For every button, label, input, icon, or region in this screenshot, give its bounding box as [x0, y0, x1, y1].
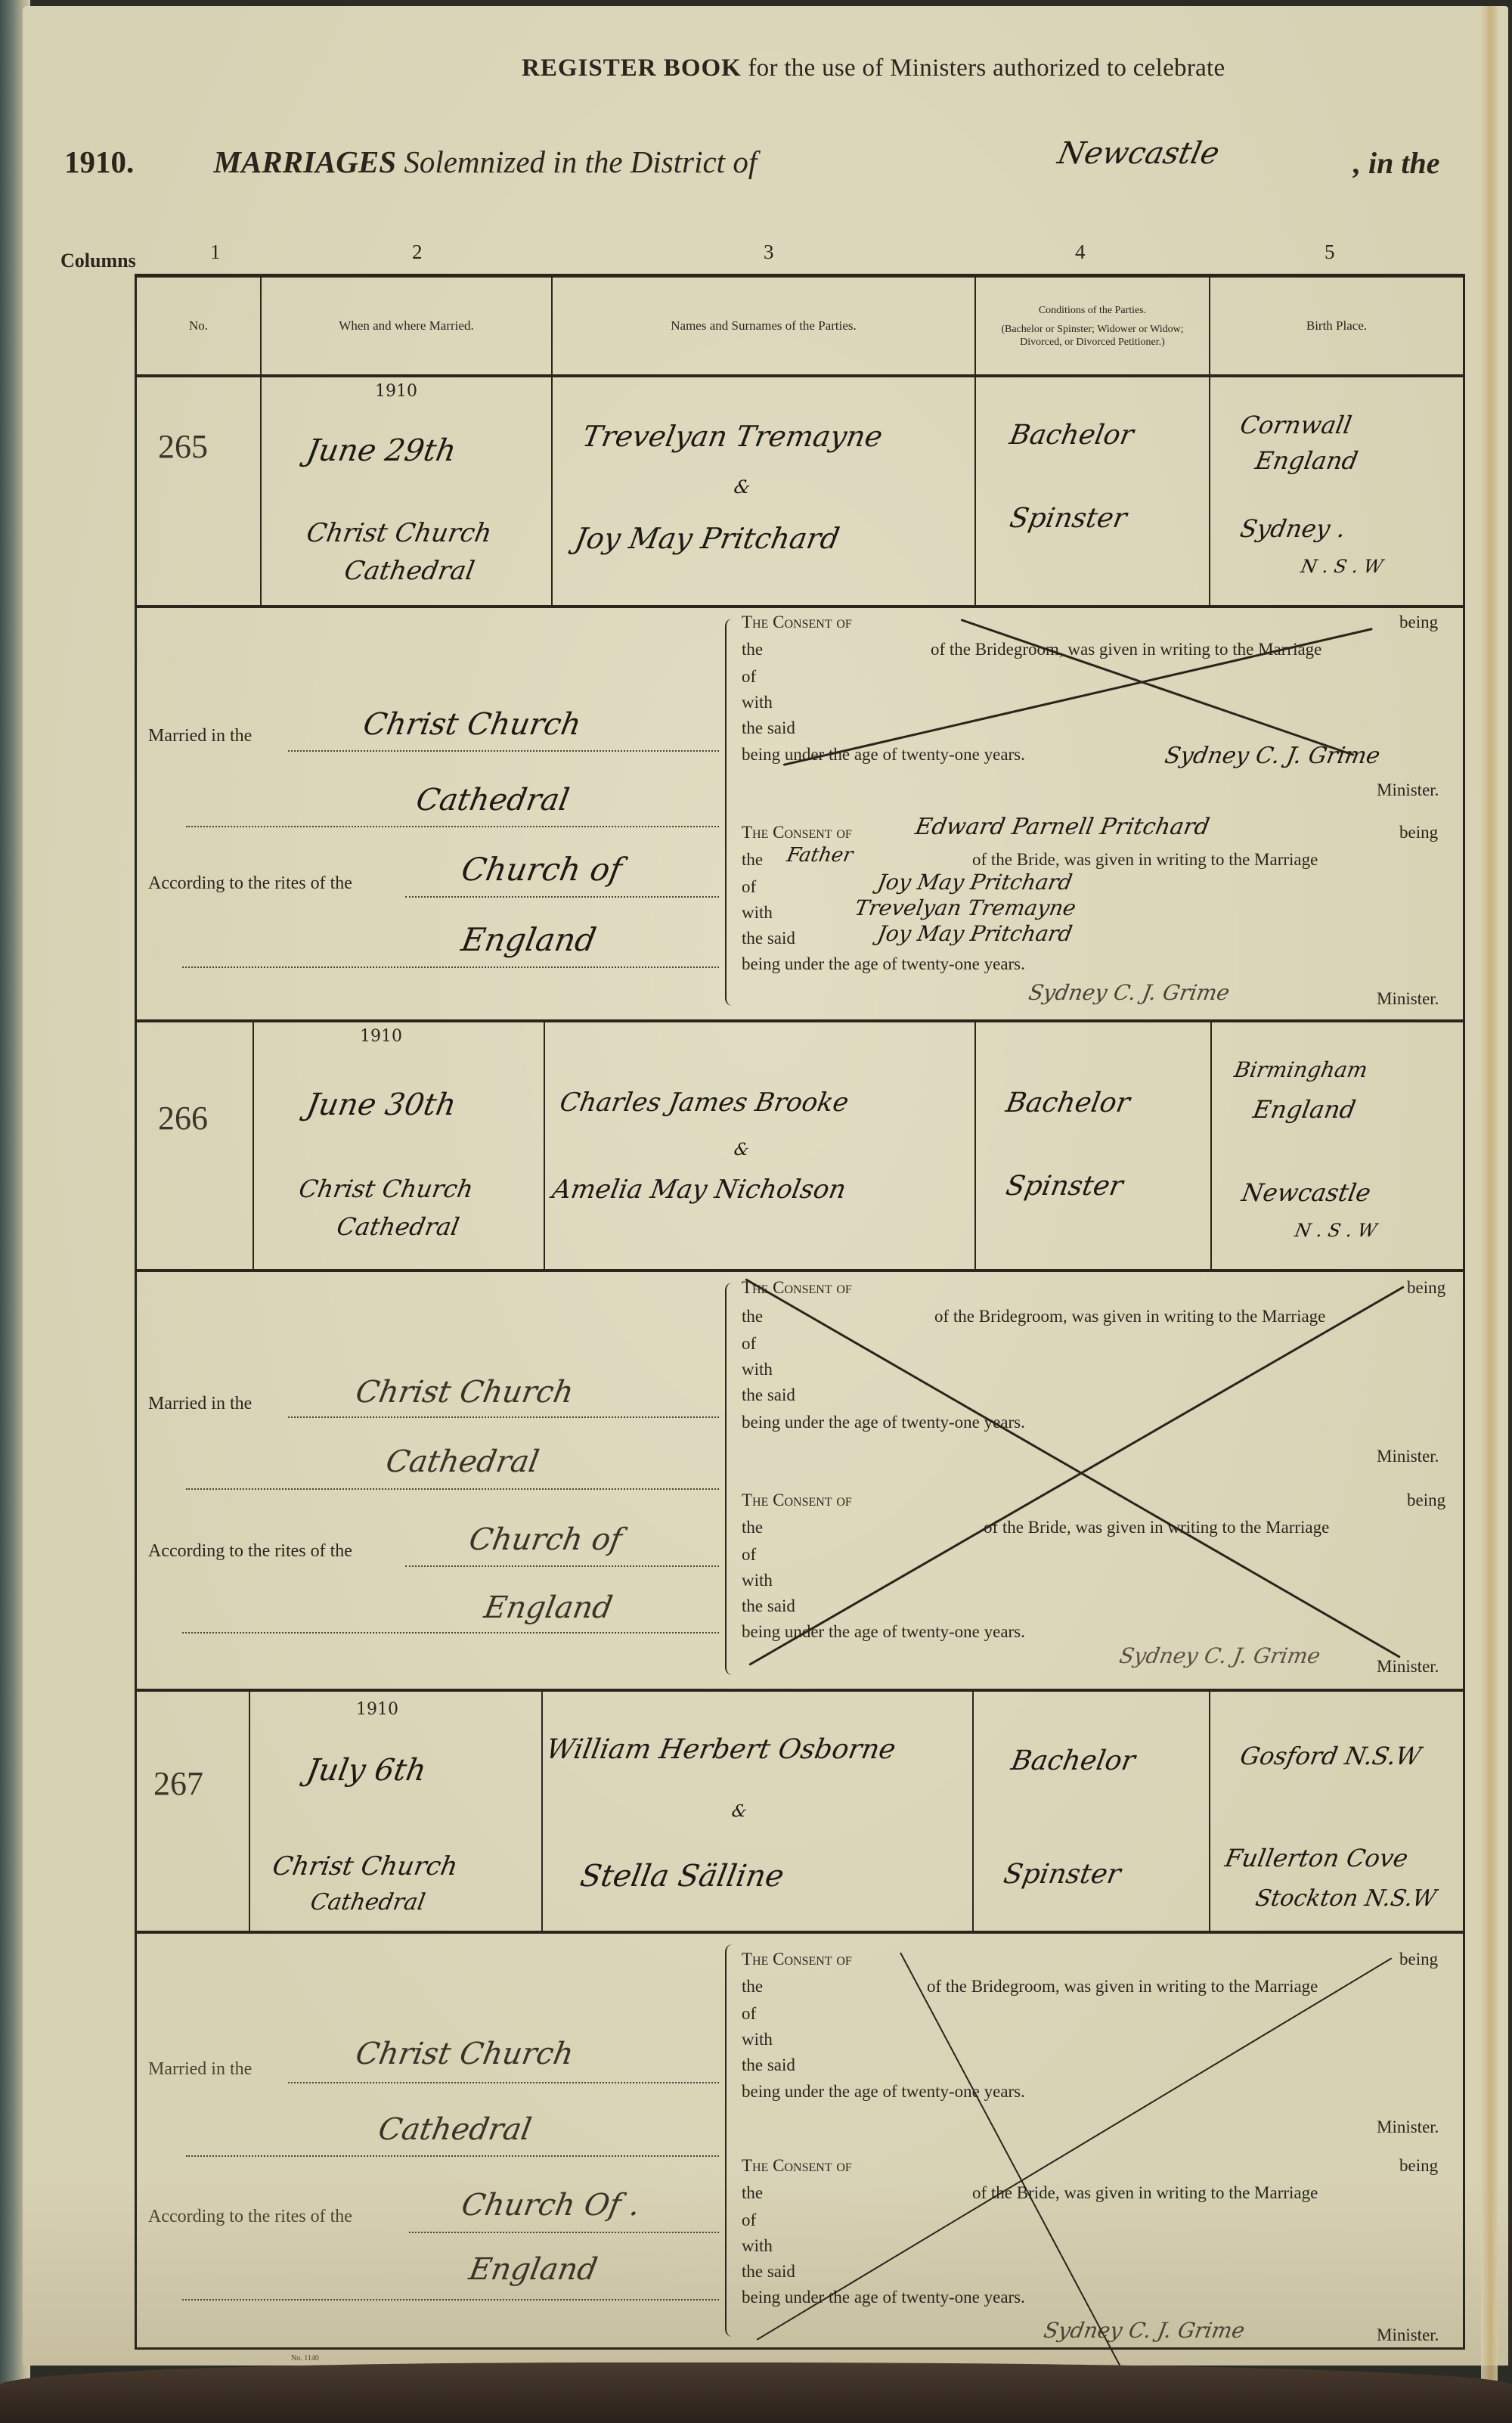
consent-of-label: The Consent of [742, 2156, 852, 2175]
being-label: being [1407, 1491, 1445, 1510]
cell-no: 265 [137, 374, 262, 605]
entry-year: 1910 [375, 382, 417, 401]
rites-value-2: England [459, 921, 600, 958]
rites-value-2: England [482, 1590, 615, 1625]
the-said-label: the said [742, 718, 795, 738]
header-when-where: When and where Married. [262, 278, 553, 374]
cell-no: 267 [137, 1689, 250, 1931]
column-number-4: 4 [1075, 240, 1086, 264]
married-in-section: Married in the Christ Church Cathedral A… [137, 1931, 727, 2350]
the-label: the [742, 850, 763, 870]
of-bridegroom-label: of the Bridegroom, was given in writing … [927, 1977, 1318, 1996]
bride-name: Amelia May Nicholson [550, 1174, 848, 1205]
groom-birthplace: Birmingham [1232, 1057, 1369, 1082]
minister-signature: Sydney C. J. Grime [1027, 980, 1232, 1005]
groom-name: William Herbert Osborne [544, 1734, 897, 1765]
bride-birthplace: Sydney . [1238, 514, 1348, 543]
header-names: Names and Surnames of the Parties. [553, 278, 976, 374]
column-number-3: 3 [764, 240, 774, 264]
groom-consent-section: The Consent of being the of the Bridegro… [742, 1942, 1452, 2146]
marriage-place-2: Cathedral [335, 1212, 462, 1241]
printer-mark: No. 1140 [291, 2354, 319, 2363]
the-label: the [742, 1518, 763, 1537]
married-in-value: Christ Church [361, 707, 584, 742]
cell-birth-place: Cornwall England Sydney . N . S . W [1210, 374, 1463, 605]
of-label: of [742, 1545, 756, 1565]
of-label: of [742, 2210, 756, 2230]
table-header-row: No. When and where Married. Names and Su… [137, 278, 1463, 377]
with-label: with [742, 1571, 773, 1590]
entry-266-row: 266 1910 June 30th Christ Church Cathedr… [137, 1019, 1463, 1272]
consent-relation: Father [785, 844, 854, 867]
minister-label: Minister. [1377, 989, 1439, 1009]
minister-signature: Sydney C. J. Grime [1163, 743, 1382, 769]
ampersand: & [730, 1802, 748, 1821]
cell-birth-place: Gosford N.S.W Fullerton Cove Stockton N.… [1210, 1689, 1463, 1931]
marriages-heading: 1910. MARRIAGES Solemnized in the Distri… [64, 144, 757, 180]
minister-signature: Sydney C. J. Grime [1042, 2318, 1247, 2343]
with-label: with [742, 1360, 773, 1379]
entry-267-details: Married in the Christ Church Cathedral A… [137, 1931, 1463, 2350]
bride-birthplace: Newcastle [1240, 1178, 1373, 1207]
register-year: 1910. [64, 144, 134, 179]
bride-birthplace-2: Stockton N.S.W [1253, 1885, 1439, 1912]
groom-name: Charles James Brooke [557, 1087, 850, 1118]
minister-label: Minister. [1377, 1657, 1439, 1677]
married-in-value: Christ Church [353, 2037, 576, 2071]
the-said-label: the said [742, 2055, 795, 2075]
entry-number: 266 [158, 1099, 208, 1137]
minister-label: Minister. [1377, 780, 1439, 800]
book-bottom-shadow [0, 2363, 1512, 2423]
groom-condition: Bachelor [1003, 1087, 1132, 1118]
marriage-date: July 6th [304, 1753, 429, 1788]
entry-267-row: 267 1910 July 6th Christ Church Cathedra… [137, 1689, 1463, 1934]
bride-consent-section: The Consent of Edward Parnell Pritchard … [742, 817, 1452, 1019]
married-in-label: Married in the [148, 2059, 252, 2080]
groom-birthplace-2: England [1253, 446, 1361, 475]
marriage-date: June 30th [304, 1087, 459, 1122]
rites-label: According to the rites of the [148, 873, 352, 894]
married-in-label: Married in the [148, 1394, 252, 1414]
consent-brace [725, 1283, 737, 1675]
the-label: the [742, 1307, 763, 1326]
married-in-section: Married in the Christ Church Cathedral A… [137, 1269, 727, 1689]
with-label: with [742, 2030, 773, 2049]
of-label: of [742, 1334, 756, 1354]
column-number-1: 1 [210, 240, 221, 264]
bride-name: Joy May Pritchard [572, 522, 842, 555]
entry-265-details: Married in the Christ Church Cathedral A… [137, 605, 1463, 1022]
ampersand: & [733, 476, 752, 498]
with-label: with [742, 2236, 773, 2256]
bride-consent-section: The Consent of being the of the Bride, w… [742, 1485, 1452, 1689]
minister-label: Minister. [1377, 1447, 1439, 1466]
marriages-caps: MARRIAGES [214, 144, 397, 179]
cell-when-where: 1910 June 30th Christ Church Cathedral [254, 1019, 545, 1269]
columns-label: Columns [60, 250, 136, 272]
of-bride-label: of the Bride, was given in writing to th… [972, 850, 1318, 870]
married-in-section: Married in the Christ Church Cathedral A… [137, 605, 727, 1019]
bride-birthplace-2: N . S . W [1294, 1220, 1379, 1241]
the-label: the [742, 640, 763, 659]
consent-brace [725, 619, 737, 1006]
the-label: the [742, 1977, 763, 1996]
column-number-5: 5 [1325, 240, 1335, 264]
of-bridegroom-label: of the Bridegroom, was given in writing … [934, 1307, 1325, 1326]
consent-of-label: The Consent of [742, 613, 852, 631]
minister-label: Minister. [1377, 2325, 1439, 2345]
of-label: of [742, 2004, 756, 2024]
under-age-label: being under the age of twenty-one years. [742, 954, 1025, 974]
entry-266-details: Married in the Christ Church Cathedral A… [137, 1269, 1463, 1692]
marriage-place-2: Cathedral [342, 556, 476, 586]
groom-birthplace-2: England [1251, 1095, 1359, 1124]
of-bridegroom-label: of the Bridegroom, was given in writing … [931, 640, 1321, 659]
groom-name: Trevelyan Tremayne [580, 420, 885, 453]
header-no: No. [137, 278, 262, 374]
married-in-value-2: Cathedral [376, 2112, 534, 2147]
rites-value: Church of [466, 1522, 624, 1557]
rites-value-2: England [466, 2252, 600, 2287]
the-said-label: the said [742, 1596, 795, 1616]
of-label: of [742, 877, 756, 897]
married-in-value-2: Cathedral [414, 783, 572, 817]
rites-label: According to the rites of the [148, 1541, 352, 1562]
married-in-label: Married in the [148, 726, 252, 746]
cell-names: Trevelyan Tremayne & Joy May Pritchard [553, 374, 976, 605]
groom-condition: Bachelor [1009, 1745, 1137, 1776]
groom-condition: Bachelor [1007, 420, 1136, 451]
book-title-rest: for the use of Ministers authorized to c… [748, 54, 1225, 82]
groom-birthplace: Cornwall [1238, 411, 1354, 439]
groom-birthplace: Gosford N.S.W [1238, 1742, 1424, 1770]
rites-label: According to the rites of the [148, 2207, 352, 2227]
bride-birthplace-2: N . S . W [1300, 556, 1385, 577]
entry-number: 265 [158, 427, 208, 466]
cell-names: William Herbert Osborne & Stella Sälline [543, 1689, 974, 1931]
groom-consent-section: The Consent of being the of the Bridegro… [742, 605, 1452, 809]
header-conditions: Conditions of the Parties. (Bachelor or … [976, 278, 1210, 374]
cell-conditions: Bachelor Spinster [976, 374, 1210, 605]
book-title-caps: REGISTER BOOK [522, 54, 742, 82]
under-age-label: being under the age of twenty-one years. [742, 745, 1025, 765]
minister-label: Minister. [1377, 2117, 1439, 2137]
bride-condition: Spinster [1007, 503, 1129, 534]
under-age-label: being under the age of twenty-one years. [742, 2288, 1025, 2307]
under-age-label: being under the age of twenty-one years. [742, 2082, 1025, 2102]
book-title: REGISTER BOOK for the use of Ministers a… [522, 54, 1225, 82]
marriage-place-2: Cathedral [308, 1889, 427, 1916]
marriage-date: June 29th [304, 433, 459, 468]
the-said-label: the said [742, 2262, 795, 2282]
consent-marriage-of: Joy May Pritchard [875, 870, 1074, 895]
marriage-place: Christ Church [270, 1851, 460, 1882]
bride-name: Stella Sälline [578, 1859, 786, 1894]
being-label: being [1407, 1278, 1445, 1298]
groom-consent-section: The Consent of being the of the Bridegro… [742, 1269, 1452, 1473]
ampersand: & [733, 1140, 751, 1159]
cell-when-where: 1910 July 6th Christ Church Cathedral [250, 1689, 543, 1931]
being-label: being [1399, 2156, 1438, 2176]
the-said-label: the said [742, 929, 795, 948]
cell-conditions: Bachelor Spinster [974, 1689, 1210, 1931]
entry-265-row: 265 1910 June 29th Christ Church Cathedr… [137, 374, 1463, 608]
column-number-2: 2 [412, 240, 423, 264]
marriages-rest: Solemnized in the District of [404, 144, 757, 179]
cell-birth-place: Birmingham England Newcastle N . S . W [1212, 1019, 1463, 1269]
register-table: No. When and where Married. Names and Su… [135, 274, 1465, 2350]
the-said-label: the said [742, 1385, 795, 1405]
bride-birthplace: Fullerton Cove [1223, 1844, 1411, 1872]
minister-signature: Sydney C. J. Grime [1117, 1643, 1322, 1668]
being-label: being [1399, 1950, 1438, 1969]
consent-brace [725, 1944, 737, 2337]
consent-of-label: The Consent of [742, 1491, 852, 1509]
bride-condition: Spinster [1003, 1171, 1125, 1202]
cell-no: 266 [137, 1019, 254, 1269]
marriage-place: Christ Church [297, 1174, 476, 1203]
of-bride-label: of the Bride, was given in writing to th… [984, 1518, 1329, 1537]
rites-value: Church Of . [459, 2188, 643, 2223]
district-handwritten: Newcastle [1055, 136, 1222, 171]
with-label: with [742, 693, 773, 712]
with-label: with [742, 903, 773, 923]
entry-number: 267 [153, 1764, 203, 1803]
rites-value: Church of [459, 851, 625, 888]
header-birth-place: Birth Place. [1210, 278, 1463, 374]
consent-giver: Edward Parnell Pritchard [913, 814, 1212, 840]
being-label: being [1399, 613, 1438, 632]
of-label: of [742, 667, 756, 687]
married-in-value-2: Cathedral [383, 1444, 541, 1479]
consent-of-label: The Consent of [742, 1950, 852, 1968]
cell-when-where: 1910 June 29th Christ Church Cathedral [262, 374, 553, 605]
cell-names: Charles James Brooke & Amelia May Nichol… [545, 1019, 976, 1269]
consent-the-said: Joy May Pritchard [875, 921, 1074, 946]
married-in-value: Christ Church [353, 1375, 576, 1410]
under-age-label: being under the age of twenty-one years. [742, 1622, 1025, 1642]
conditions-title: Conditions of the Parties. [1039, 304, 1146, 317]
cell-conditions: Bachelor Spinster [976, 1019, 1212, 1269]
entry-year: 1910 [360, 1027, 402, 1046]
consent-of-label: The Consent of [742, 823, 852, 842]
consent-with: Trevelyan Tremayne [853, 895, 1078, 920]
in-the-text: , in the [1353, 145, 1439, 181]
the-label: the [742, 2183, 763, 2203]
binding-spine [1481, 6, 1498, 2381]
being-label: being [1399, 823, 1438, 842]
conditions-note: (Bachelor or Spinster; Widower or Widow;… [982, 323, 1203, 349]
entry-year: 1910 [356, 1700, 398, 1719]
marriage-place: Christ Church [304, 518, 494, 548]
bride-condition: Spinster [1001, 1859, 1123, 1890]
